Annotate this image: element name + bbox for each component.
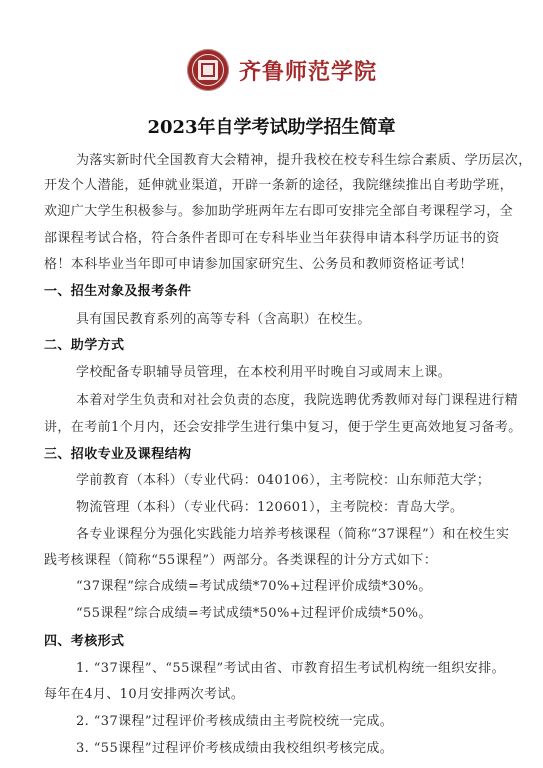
section-line: 3. “55课程”过程评价考核成绩由我校组织考核完成。	[76, 741, 393, 757]
formula-line: “55课程”综合成绩=考试成绩*50%+过程评价成绩*50%。	[76, 606, 432, 622]
section-heading-3: 三、招收专业及课程结构	[44, 447, 191, 463]
section-line: 学前教育（本科）（专业代码：040106），主考院校：山东师范大学；	[76, 473, 490, 489]
intro-line: 部课程考试合格，符合条件者即可在专科毕业当年获得申请本科学历证书的资	[44, 231, 500, 247]
seal-core	[198, 60, 218, 80]
section-heading-2: 二、助学方式	[44, 338, 124, 354]
section-line: 具有国民教育系列的高等专科（含高职）在校生。	[76, 312, 371, 328]
section-line: 2. “37课程”过程评价考核成绩由主考院校统一完成。	[76, 714, 393, 730]
section-line: 各专业课程分为强化实践能力培养考核课程（简称“37课程”）和在校生实	[76, 527, 509, 543]
document-title: 2023年自学考试助学招生简章	[0, 113, 543, 139]
intro-line: 为落实新时代全国教育大会精神，提升我校在校专科生综合素质、学历层次，	[76, 153, 532, 169]
section-line: 本着对学生负责和对社会负责的态度，我院选聘优秀教师对每门课程进行精	[76, 393, 518, 409]
page-header: 齐鲁师范学院	[187, 46, 377, 94]
formula-line: “37课程”综合成绩=考试成绩*70%+过程评价成绩*30%。	[76, 579, 432, 595]
section-line: 每年在4月、10月安排两次考试。	[44, 687, 244, 703]
section-line: 物流管理（本科）（专业代码：120601），主考院校：青岛大学。	[76, 500, 463, 516]
intro-line: 开发个人潜能，延伸就业渠道，开辟一条新的途径，我院继续推出自考助学班，	[44, 178, 513, 194]
section-line: 讲，在考前1个月内，还会安排学生进行集中复习，便于学生更高效地复习备考。	[44, 420, 522, 436]
section-line: 1. “37课程”、“55课程”考试由省、市教育招生考试机构统一组织安排。	[76, 661, 505, 677]
section-heading-1: 一、招生对象及报考条件	[44, 284, 191, 300]
university-seal-icon	[187, 49, 229, 91]
section-line: 学校配备专职辅导员管理，在本校利用平时晚自习或周末上课。	[76, 365, 451, 381]
school-name: 齐鲁师范学院	[239, 55, 377, 86]
intro-line: 格！本科毕业当年即可申请参加国家研究生、公务员和教师资格证考试！	[44, 257, 473, 273]
intro-line: 欢迎广大学生积极参与。参加助学班两年左右即可安排完全部自考课程学习，全	[44, 204, 513, 220]
section-line: 践考核课程（简称“55课程”）两部分。各类课程的计分方式如下：	[44, 553, 437, 569]
section-heading-4: 四、考核形式	[44, 634, 124, 650]
